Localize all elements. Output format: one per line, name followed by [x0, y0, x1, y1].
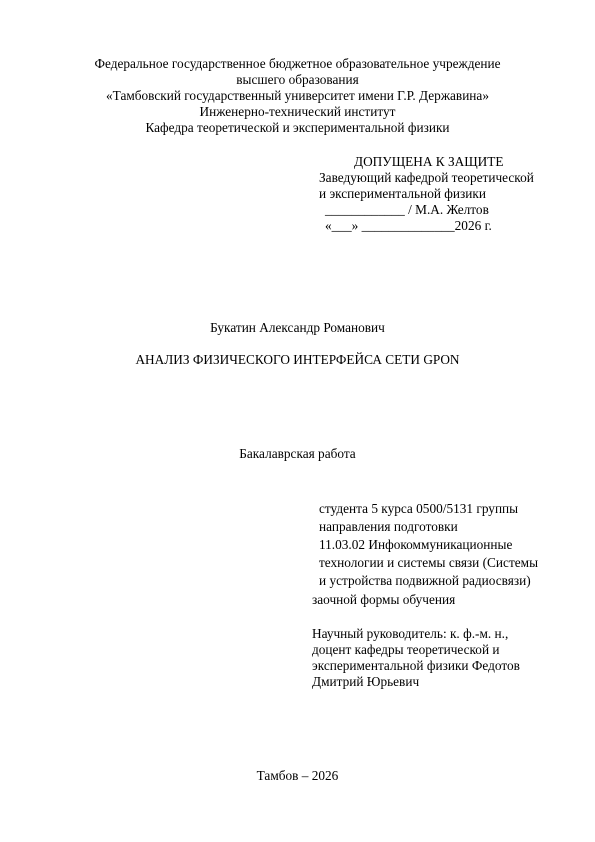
approval-signature-line: ____________ / М.А. Желтов	[325, 202, 489, 218]
supervisor-line: Дмитрий Юрьевич	[312, 674, 419, 690]
header-line: Федеральное государственное бюджетное об…	[0, 56, 595, 72]
city-year-footer: Тамбов – 2026	[0, 768, 595, 784]
student-info-line: направления подготовки	[319, 519, 458, 535]
student-info-line: и устройства подвижной радиосвязи)	[319, 573, 531, 589]
author-name: Букатин Александр Романович	[0, 320, 595, 336]
approval-line: и экспериментальной физики	[319, 186, 486, 202]
approval-date-line: «___» ______________2026 г.	[325, 218, 492, 234]
supervisor-line: Научный руководитель: к. ф.-м. н.,	[312, 626, 508, 642]
thesis-title: АНАЛИЗ ФИЗИЧЕСКОГО ИНТЕРФЕЙСА СЕТИ GPON	[0, 352, 595, 368]
work-type: Бакалаврская работа	[0, 446, 595, 462]
approval-line: Заведующий кафедрой теоретической	[319, 170, 534, 186]
supervisor-line: экспериментальной физики Федотов	[312, 658, 520, 674]
header-line: высшего образования	[0, 72, 595, 88]
supervisor-line: доцент кафедры теоретической и	[312, 642, 500, 658]
approval-title: ДОПУЩЕНА К ЗАЩИТЕ	[354, 154, 503, 170]
student-info-line: 11.03.02 Инфокоммуникационные	[319, 537, 512, 553]
student-info-line: технологии и системы связи (Системы	[319, 555, 538, 571]
header-line: Инженерно-технический институт	[0, 104, 595, 120]
header-line: Кафедра теоретической и экспериментально…	[0, 120, 595, 136]
header-line: «Тамбовский государственный университет …	[0, 88, 595, 104]
study-form: заочной формы обучения	[312, 592, 455, 608]
student-info-line: студента 5 курса 0500/5131 группы	[319, 501, 518, 517]
